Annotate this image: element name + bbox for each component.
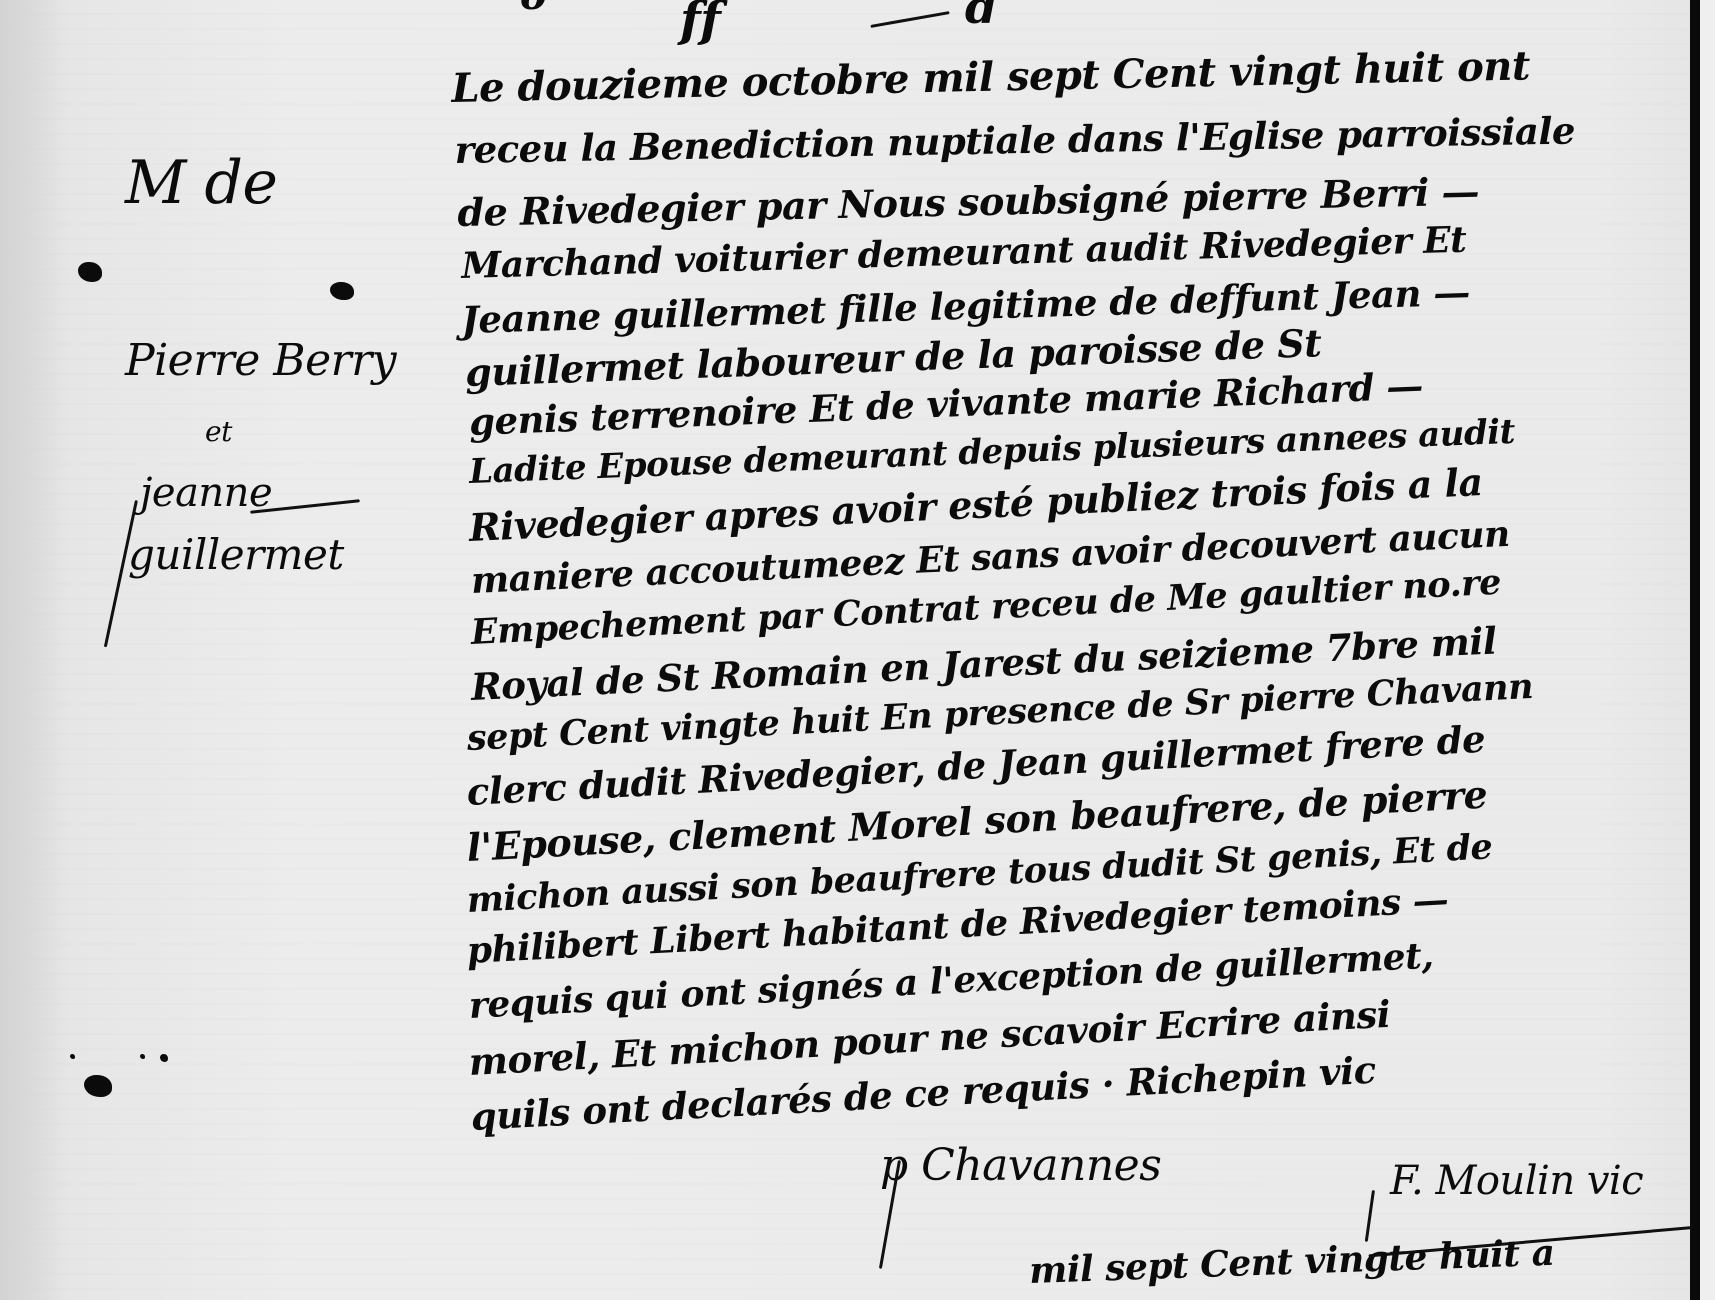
heading-fragment-3: d [965, 0, 997, 34]
ink-blot [84, 1075, 112, 1097]
margin-note-groom: Pierre Berry [125, 335, 396, 386]
ink-blot [160, 1054, 168, 1062]
heading-fragment-1: o [520, 0, 546, 19]
body-line-2: receu la Benediction nuptiale dans l'Egl… [454, 108, 1575, 172]
signature-officiant: F. Moulin vic [1390, 1158, 1643, 1204]
next-entry-fragment: mil sept Cent vingte huit a [1029, 1232, 1556, 1292]
heading-underline [870, 11, 949, 28]
ink-blot [70, 1054, 75, 1059]
margin-note-et: et [205, 415, 232, 448]
ink-blot [330, 282, 354, 300]
heading-fragment-2: ff [680, 0, 720, 48]
body-line-1: Le douzieme octobre mil sept Cent vingt … [451, 42, 1530, 112]
signature-flourish-hook [1365, 1190, 1375, 1242]
register-page: o ff d M de Pierre Berry et jeanne guill… [0, 0, 1715, 1300]
margin-note-bride-last: guillermet [128, 530, 344, 579]
ink-blot [78, 262, 102, 282]
page-right-edge [1700, 0, 1715, 1300]
margin-note-title: M de [125, 148, 277, 218]
ink-blot [140, 1054, 145, 1059]
page-margin-rule [1690, 0, 1700, 1300]
signature-witness: p Chavannes [880, 1140, 1161, 1191]
paper-edge-shadow [0, 0, 70, 1300]
margin-note-bride-first: jeanne [140, 470, 272, 516]
